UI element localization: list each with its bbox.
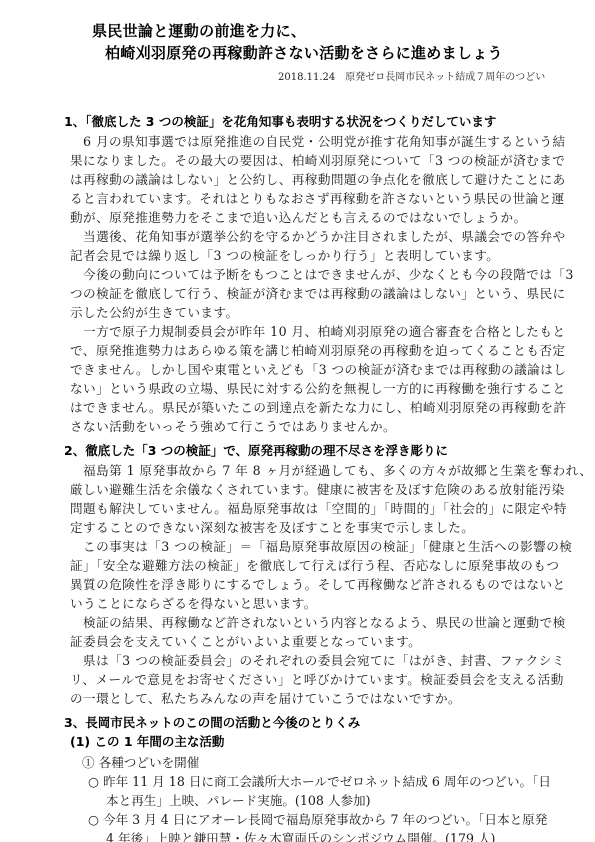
section-2-line: の一環として、私たちみんなの声を届けていこうではないですか。 <box>70 688 461 707</box>
activity-item: ① 各種つどいを開催 <box>82 752 199 771</box>
document-title-line-2: 柏崎刈羽原発の再稼動許さない活動をさらに進めましょう <box>105 42 503 63</box>
section-2-line: 証」「安全な避難方法の検証」を徹底して行えば行う程、否応なしに原発事故のもつ <box>70 555 559 574</box>
activity-bullet-2: ○ 今年 3 月 4 日にアオーレ長岡で福島原発事故から 7 年のつどい。「日本… <box>88 809 547 828</box>
section-2-line: 県は「3 つの検証委員会」のそれぞれの委員会宛てに「はがき、封書、ファクシミ <box>70 650 565 669</box>
section-2-line: 問題も解決していません。福島原発事故は「空間的」「時間的」「社会的」に限定や特 <box>70 498 567 517</box>
section-1-line: 動が、原発推進勢力をそこまで追い込んだとも言えるのではないでしょうか。 <box>70 207 527 226</box>
section-2-line: 厳しい避難生活を余儀なくされています。健康に被害を及ぼす危険のある放射能汚染 <box>70 479 565 498</box>
section-1-heading: 1、「徹底した 3 つの検証」を花角知事も表明する状況をつくりだしています <box>64 112 496 130</box>
activity-bullet-1: ○ 昨年 11 月 18 日に商工会議所大ホールでゼロネット結成 6 周年のつど… <box>88 771 551 790</box>
section-2-line: いうことにならざるを得ないと思います。 <box>70 593 317 612</box>
section-1-line: つの検証を徹底して行う、検証が済むまでは再稼動の議論はしない」という、県民に <box>70 283 566 302</box>
section-1-line: 示した公約が生きています。 <box>70 302 239 321</box>
section-1-line: 当選後、花角知事が選挙公約を守るかどうか注目されましたが、県議会での答弁や <box>70 226 566 245</box>
section-2-line: 異質の危険性を浮き彫りにするでしょう。そして再稼働など許されるものではないと <box>70 574 566 593</box>
section-1-line: できません。しかし国や東電といえども「3 つの検証が済むまでは再稼動の議論はし <box>70 359 566 378</box>
section-1-line: 6 月の県知事選では原発推進の自民党・公明党が推す花角知事が誕生するという結 <box>70 131 566 150</box>
section-2-heading: 2、徹底した「3 つの検証」で、原発再稼動の理不尽さを浮き彫りに <box>64 441 448 459</box>
section-3-subheading: (1) この 1 年間の主な活動 <box>70 732 224 750</box>
activity-bullet-2-cont: 4 年後」上映と鎌田慧・佐々木寛両氏のシンポジウム開催。(179 人) <box>106 828 495 842</box>
section-1-line: ない」という県政の立場、県民に対する公約を無視し一方的に再稼働を強行すること <box>70 378 566 397</box>
section-1-line: さない活動をいっそう強めて行こうではありませんか。 <box>70 416 396 435</box>
section-1-line: はできません。県民が築いたこの到達点を新たな力にし、柏崎刈羽原発の再稼動を許 <box>70 397 566 416</box>
section-1-line: 今後の動向については予断をもつことはできませんが、少なくとも今の段階では「3 <box>70 264 574 283</box>
event-date-line: 2018.11.24 原発ゼロ長岡市民ネット結成７周年のつどい <box>278 68 545 83</box>
document-page: 県民世論と運動の前進を力に、 柏崎刈羽原発の再稼動許さない活動をさらに進めましょ… <box>0 0 595 842</box>
section-1-line: 一方で原子力規制委員会が昨年 10 月、柏崎刈羽原発の適合審査を合格としたもと <box>70 321 565 340</box>
section-2-line: 福島第 1 原発事故から 7 年 8 ヶ月が経過しても、多くの方々が故郷と生業を… <box>70 460 592 479</box>
section-2-line: この事実は「3 つの検証」＝「福島原発事故原因の検証」「健康と生活への影響の検 <box>70 536 572 555</box>
section-2-line: 定することのできない深刻な被害を及ぼすことを事実で示しました。 <box>70 517 474 536</box>
activity-bullet-1-cont: 本と再生」上映、パレード実施。(108 人参加) <box>106 790 371 809</box>
section-2-line: 証委員会を支えていくことがいよいよ重要となっています。 <box>70 631 421 650</box>
section-1-line: は再稼動の議論はしない」と公約し、再稼動問題の争点化を徹底して避けたことにあ <box>70 169 566 188</box>
section-1-line: で、原発推進勢力はあらゆる策を講じ柏崎刈羽原発の再稼動を迫ってくることも否定 <box>70 340 565 359</box>
document-title-line-1: 県民世論と運動の前進を力に、 <box>92 20 306 41</box>
section-1-line: ると言われています。それはとりもなおさず再稼動を許さないという県民の世論と運 <box>70 188 565 207</box>
section-1-line: 記者会見では繰り返し「3 つの検証をしっかり行う」と表明しています。 <box>70 245 499 264</box>
section-2-line: リ、メールで意見をお寄せください」と呼びかけています。検証委員会を支える活動 <box>70 669 564 688</box>
section-3-heading: 3、長岡市民ネットのこの間の活動と今後のとりくみ <box>64 713 360 731</box>
section-1-line: 果になりました。その最大の要因は、柏崎刈羽原発について「3 つの検証が済むまで <box>70 150 565 169</box>
section-2-line: 検証の結果、再稼働など許されないという内容となるよう、県民の世論と運動で検 <box>70 612 566 631</box>
